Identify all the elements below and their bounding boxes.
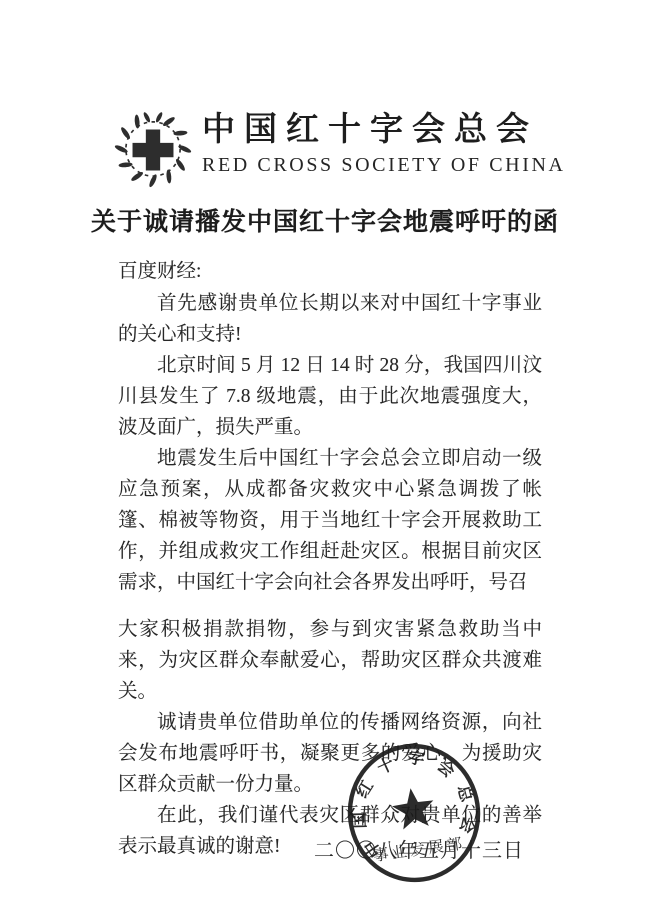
paragraph-response: 地震发生后中国红十字会总会立即启动一级应急预案，从成都备灾救灾中心紧急调拨了帐篷… [118, 443, 542, 598]
paragraph-appeal: 大家积极捐款捐物，参与到灾害紧急救助当中来，为灾区群众奉献爱心，帮助灾区群众共渡… [118, 614, 542, 707]
letterhead: 中国红十字会总会 RED CROSS SOCIETY OF CHINA [202, 110, 548, 177]
official-seal: 中国红十字会总会 事业发展部 [336, 732, 492, 888]
star-icon [390, 785, 437, 830]
red-cross-logo-icon [112, 106, 194, 192]
document-title: 关于诚请播发中国红十字会地震呼吁的函 [0, 202, 650, 238]
seal-inner-text: 事业发展部 [372, 834, 466, 865]
red-cross-icon [133, 130, 174, 171]
org-name-chinese: 中国红十字会总会 [202, 110, 548, 150]
paragraph-earthquake: 北京时间 5 月 12 日 14 时 28 分，我国四川汶川县发生了 7.8 级… [118, 350, 542, 443]
org-name-english: RED CROSS SOCIETY OF CHINA [202, 153, 548, 177]
paragraph-thanks: 首先感谢贵单位长期以来对中国红十字事业的关心和支持! [118, 288, 542, 350]
addressee-line: 百度财经: [118, 256, 542, 287]
scanned-letter-page: 中国红十字会总会 RED CROSS SOCIETY OF CHINA 关于诚请… [0, 0, 650, 900]
